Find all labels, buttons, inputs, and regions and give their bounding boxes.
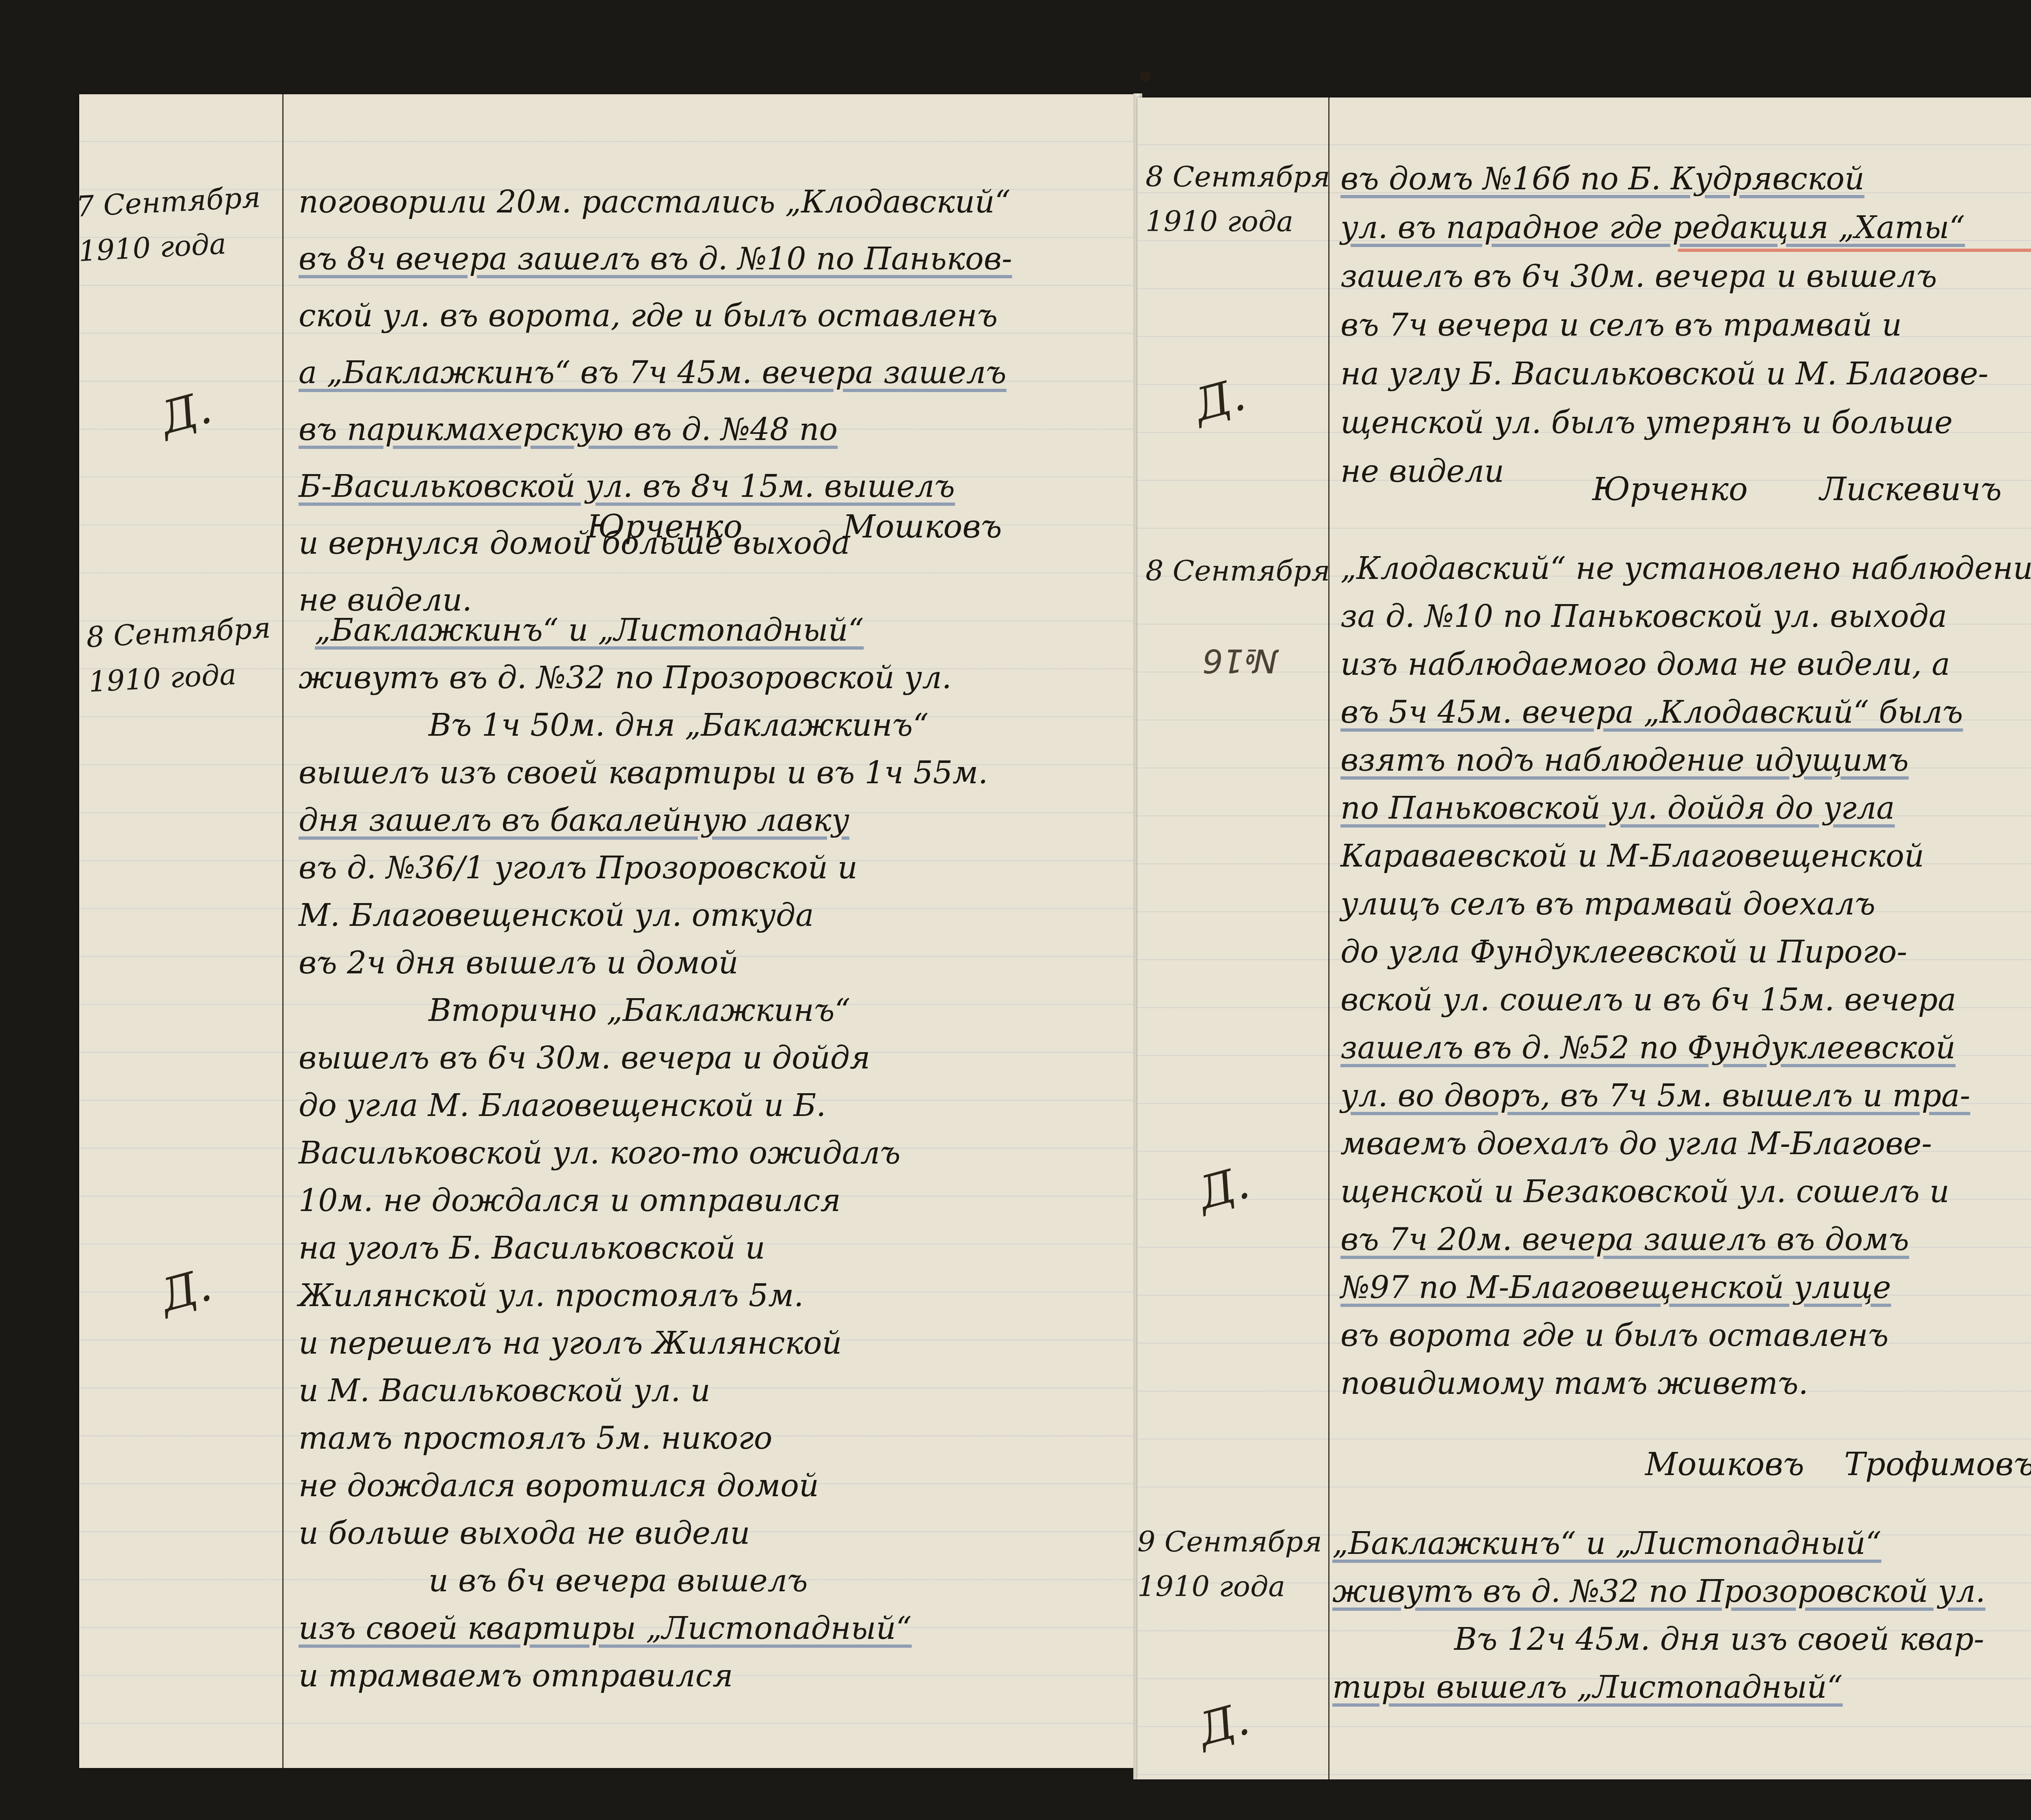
text-line: тиры вышелъ „Листопадный“	[1332, 1663, 1986, 1711]
signature: Юрченко	[1592, 471, 1748, 508]
text-line: М. Благовещенской ул. откуда	[299, 891, 988, 939]
signature: Мошковъ	[843, 509, 1002, 545]
text-line: „Клодавский“ не установлено наблюдение	[1340, 544, 2031, 592]
text-line: Въ 12ч 45м. дня изъ своей квар-	[1332, 1615, 1986, 1663]
text-line: взятъ подъ наблюдение идущимъ	[1340, 736, 2031, 784]
text-line: въ ворота где и былъ оставленъ	[1340, 1311, 2031, 1359]
text-line: дня зашелъ въ бакалейную лавку	[299, 796, 988, 844]
text-line: ул. во дворъ, въ 7ч 5м. вышелъ и тра-	[1340, 1072, 2031, 1120]
text-line: „Баклажкинъ“ и „Листопадный“	[299, 606, 988, 654]
signature: Трофимовъ	[1844, 1446, 2031, 1483]
text-line: а „Баклажкинъ“ въ 7ч 45м. вечера зашелъ	[299, 344, 1012, 401]
entry-body: въ домъ №16б по Б. Кудрявской ул. въ пар…	[1340, 154, 1988, 496]
text-line: живутъ въ д. №32 по Прозоровской ул.	[299, 654, 988, 701]
binding-hole	[1140, 71, 1150, 82]
text-line: въ 2ч дня вышелъ и домой	[299, 939, 988, 986]
text-line: вской ул. сошелъ и въ 6ч 15м. вечера	[1340, 976, 2031, 1024]
text-line: Б-Васильковской ул. въ 8ч 15м. вышелъ	[299, 458, 1012, 515]
text-line: въ 5ч 45м. вечера „Клодавский“ былъ	[1340, 688, 2031, 736]
text-line: въ 7ч вечера и селъ въ трамвай и	[1340, 301, 1988, 349]
text-line: и въ 6ч вечера вышелъ	[299, 1557, 988, 1604]
text-line: въ парикмахерскую въ д. №48 по	[299, 401, 1012, 458]
text-line: не дождался воротился домой	[299, 1462, 988, 1509]
text-line: въ д. №36/1 уголъ Прозоровской и	[299, 844, 988, 891]
text-line: до угла Фундуклеевской и Пирого-	[1340, 928, 2031, 976]
text-line: 10м. не дождался и отправился	[299, 1176, 988, 1224]
reviewer-initials: Д.	[155, 1259, 217, 1322]
text-line: „Баклажкинъ“ и „Листопадный“	[1332, 1519, 1986, 1567]
text-line: ской ул. въ ворота, где и былъ оставленъ	[299, 287, 1012, 344]
entry-date: 9 Сентября 1910 года	[1137, 1519, 1322, 1609]
signature: Юрченко	[587, 509, 743, 545]
text-line: мваемъ доехалъ до угла М-Благове-	[1340, 1120, 2031, 1168]
text-line: повидимому тамъ живетъ.	[1340, 1359, 2031, 1407]
right-page: 21 8 Сентября 1910 года въ домъ №16б по …	[1137, 97, 2031, 1779]
text-line: и больше выхода не видели	[299, 1509, 988, 1557]
text-line: Въ 1ч 50м. дня „Баклажкинъ“	[299, 701, 988, 749]
text-line: до угла М. Благовещенской и Б.	[299, 1081, 988, 1129]
text-line: поговорили 20м. расстались „Клодавский“	[299, 173, 1012, 230]
reviewer-initials: Д.	[1193, 1156, 1255, 1220]
text-line: изъ своей квартиры „Листопадный“	[299, 1604, 988, 1652]
entry-date: 8 Сентября 1910 года	[1145, 154, 1330, 244]
text-line: щенской ул. былъ утерянъ и больше	[1340, 398, 1988, 447]
entry-body: поговорили 20м. расстались „Клодавский“ …	[299, 173, 1012, 628]
text-line: улицъ селъ въ трамвай доехалъ	[1340, 880, 2031, 928]
text-line: въ домъ №16б по Б. Кудрявской	[1340, 154, 1988, 203]
entry-body: „Баклажкинъ“ и „Листопадный“ живутъ въ д…	[1332, 1519, 1986, 1711]
signature: Лискевичъ	[1820, 471, 2002, 508]
text-line: зашелъ въ 6ч 30м. вечера и вышелъ	[1340, 252, 1988, 301]
text-line: изъ наблюдаемого дома не видели, а	[1340, 640, 2031, 688]
red-pencil-underline	[1678, 249, 2031, 252]
text-line: щенской и Безаковской ул. сошелъ и	[1340, 1168, 2031, 1215]
text-line: Васильковской ул. кого-то ожидалъ	[299, 1129, 988, 1176]
text-line: и трамваемъ отправился	[299, 1652, 988, 1699]
margin-note: №16	[1202, 642, 1277, 680]
text-line: вышелъ въ 6ч 30м. вечера и дойдя	[299, 1034, 988, 1081]
entry-body: „Баклажкинъ“ и „Листопадный“ живутъ въ д…	[299, 606, 988, 1699]
text-line: за д. №10 по Паньковской ул. выхода	[1340, 592, 2031, 640]
text-line: по Паньковской ул. дойдя до угла	[1340, 784, 2031, 832]
text-line: живутъ въ д. №32 по Прозоровской ул.	[1332, 1567, 1986, 1615]
reviewer-initials: Д.	[1189, 368, 1251, 431]
text-line: ул. въ парадное где редакция „Хаты“	[1340, 203, 1988, 252]
entry-date: 8 Сентября	[1145, 548, 1330, 593]
text-line: Караваевской и М-Благовещенской	[1340, 832, 2031, 880]
text-line: вышелъ изъ своей квартиры и въ 1ч 55м.	[299, 749, 988, 796]
text-line: №97 по М-Благовещенской улице	[1340, 1263, 2031, 1311]
text-line: въ 8ч вечера зашелъ въ д. №10 по Паньков…	[299, 230, 1012, 287]
text-line: на уголъ Б. Васильковской и	[299, 1224, 988, 1272]
signature: Мошковъ	[1645, 1446, 1804, 1483]
text-line: и М. Васильковской ул. и	[299, 1367, 988, 1414]
entry-date: 7 Сентября 1910 года	[75, 175, 264, 273]
entry-date: 8 Сентября 1910 года	[85, 605, 274, 704]
margin-line	[282, 94, 284, 1768]
text-line: Вторично „Баклажкинъ“	[299, 986, 988, 1034]
entry-body: „Клодавский“ не установлено наблюдение з…	[1340, 544, 2031, 1407]
text-line: Жилянской ул. простоялъ 5м.	[299, 1272, 988, 1319]
text-line: въ 7ч 20м. вечера зашелъ въ домъ	[1340, 1215, 2031, 1263]
reviewer-initials: Д.	[155, 381, 217, 444]
text-line: на углу Б. Васильковской и М. Благове-	[1340, 349, 1988, 398]
margin-line	[1328, 97, 1329, 1779]
left-page: 7 Сентября 1910 года поговорили 20м. рас…	[79, 94, 1139, 1768]
text-line: и перешелъ на уголъ Жилянской	[299, 1319, 988, 1367]
text-line: зашелъ въ д. №52 по Фундуклеевской	[1340, 1024, 2031, 1072]
reviewer-initials: Д.	[1193, 1692, 1255, 1756]
text-line: тамъ простоялъ 5м. никого	[299, 1414, 988, 1462]
